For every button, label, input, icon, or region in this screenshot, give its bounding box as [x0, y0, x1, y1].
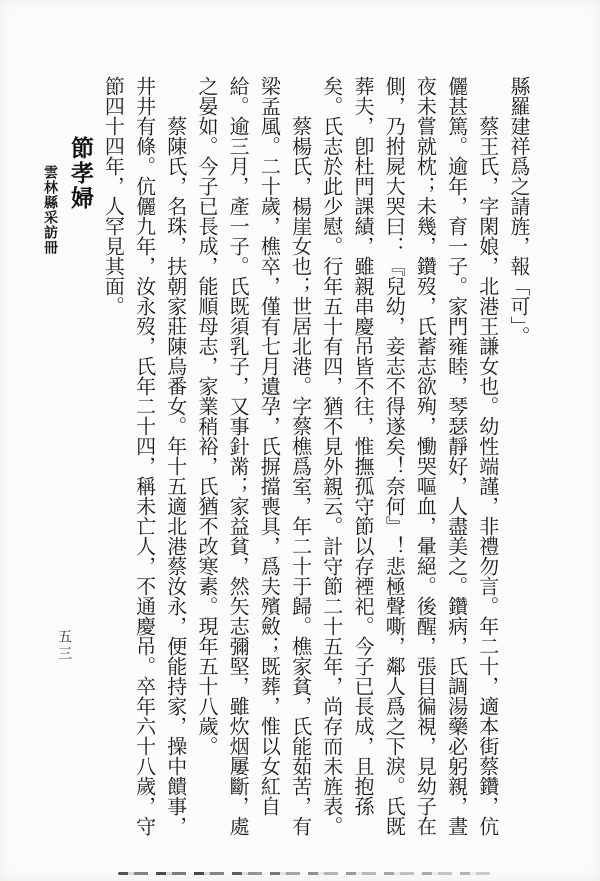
- paragraph-continuation: 縣羅建祥爲之請旌，報「可」。: [503, 76, 534, 838]
- paragraph-entry-cai-chen-shi: 蔡陳氏，名珠，扶朝家莊陳烏番女。年十五適北港蔡汝永，便能持家，操中饋事，井井有條…: [97, 76, 191, 838]
- paragraph-entry-cai-yang-shi: 蔡楊氏，楊崖女也；世居北港。字蔡樵爲室，年二十于歸。樵家貧，氏能茹苦，有梁孟風。…: [191, 76, 316, 838]
- section-title: 節孝婦: [64, 136, 97, 211]
- book-title: 雲林縣采訪冊: [40, 165, 60, 255]
- page-number: 五三: [54, 629, 74, 663]
- scanned-book-page: 縣羅建祥爲之請旌，報「可」。 蔡王氏，字閑娘，北港王謙女也。幼性端謹，非禮勿言。…: [0, 0, 600, 881]
- scan-artifact-line: [118, 872, 490, 875]
- paragraph-entry-cai-wang-shi: 蔡王氏，字閑娘，北港王謙女也。幼性端謹，非禮勿言。年二十，適本街蔡鑽，伉儷甚篤。…: [316, 76, 503, 838]
- main-text-block: 縣羅建祥爲之請旌，報「可」。 蔡王氏，字閑娘，北港王謙女也。幼性端謹，非禮勿言。…: [96, 76, 534, 838]
